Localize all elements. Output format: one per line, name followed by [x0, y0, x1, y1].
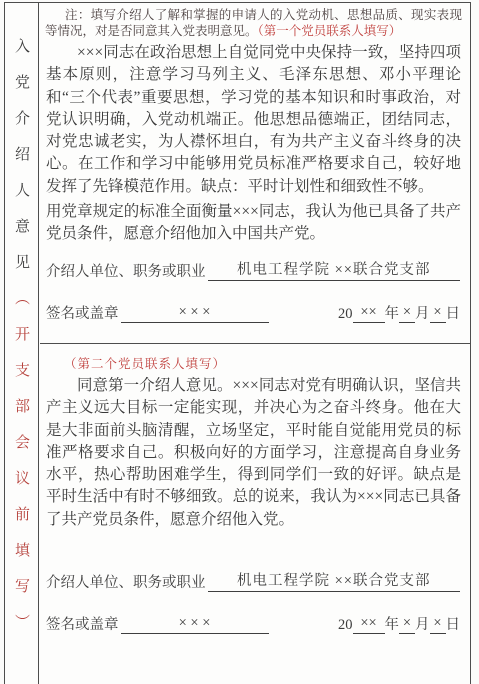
- date-month-field: ×: [399, 615, 415, 634]
- row-header-cell: 入党介绍人意见（开支部会议前填写）: [4, 2, 39, 684]
- date-month-field: ×: [399, 304, 415, 323]
- section2-fill-hint: （第二个党员联系人填写）: [64, 354, 470, 372]
- section-divider: [40, 343, 470, 344]
- date-year-label: 年: [385, 613, 400, 634]
- row-header-fill-hint: （开支部会议前填写）: [13, 290, 29, 650]
- opinion-paragraph-2: 用党章规定的标准全面衡量×××同志，我认为他已具备了共产党员条件，愿意介绍他加入…: [40, 201, 470, 246]
- date-prefix: 20: [338, 617, 353, 634]
- unit-label: 介绍人单位、职务或职业: [46, 571, 206, 592]
- row-header-text: 入党介绍人意见（开支部会议前填写）: [4, 38, 38, 684]
- opinion-paragraph-1: ×××同志在政治思想上自觉同党中央保持一致，坚持四项基本原则，注意学习马列主义、…: [40, 42, 470, 198]
- date-field: 20 ×× 年 × 月 × 日: [338, 613, 460, 634]
- date-year-label: 年: [385, 302, 400, 323]
- date-year-field: ××: [353, 615, 385, 634]
- introducer-unit-line: 介绍人单位、职务或职业 机电工程学院 ××联合党支部: [40, 569, 470, 592]
- date-day-label: 日: [446, 613, 461, 634]
- signature-value-field: × × ×: [121, 304, 269, 323]
- date-day-field: ×: [430, 615, 446, 634]
- date-month-label: 月: [415, 302, 430, 323]
- note-text: 注：填写介绍人了解和掌握的申请人的入党动机、思想品质、现实表现等情况，对是否同意…: [40, 2, 470, 39]
- date-prefix: 20: [338, 306, 353, 323]
- signature-line: 签名或盖章 × × × 20 ×× 年 × 月 × 日: [40, 302, 470, 323]
- signature-label: 签名或盖章: [46, 613, 119, 634]
- opinion-paragraph: 同意第一介绍人意见。×××同志对党有明确认识，坚信共产主义远大目标一定能实现，并…: [40, 375, 470, 531]
- note-fill-hint: （第一个党员联系人填写）: [258, 24, 402, 38]
- date-day-field: ×: [430, 304, 446, 323]
- date-month-label: 月: [415, 613, 430, 634]
- signature-label: 签名或盖章: [46, 302, 119, 323]
- signature-line: 签名或盖章 × × × 20 ×× 年 × 月 × 日: [40, 613, 470, 634]
- unit-label: 介绍人单位、职务或职业: [46, 260, 206, 281]
- unit-value-field: 机电工程学院 ××联合党支部: [208, 258, 461, 281]
- signature-value-field: × × ×: [121, 615, 269, 634]
- introducer-unit-line: 介绍人单位、职务或职业 机电工程学院 ××联合党支部: [40, 258, 470, 281]
- date-year-field: ××: [353, 304, 385, 323]
- form-main-cell: 注：填写介绍人了解和掌握的申请人的入党动机、思想品质、现实表现等情况，对是否同意…: [40, 2, 470, 684]
- row-header-title: 入党介绍人意见: [13, 38, 29, 290]
- second-introducer-section: （第二个党员联系人填写） 同意第一介绍人意见。×××同志对党有明确认识，坚信共产…: [40, 345, 470, 684]
- date-day-label: 日: [446, 302, 461, 323]
- first-introducer-section: 注：填写介绍人了解和掌握的申请人的入党动机、思想品质、现实表现等情况，对是否同意…: [40, 2, 470, 343]
- date-field: 20 ×× 年 × 月 × 日: [338, 302, 460, 323]
- unit-value-field: 机电工程学院 ××联合党支部: [208, 569, 461, 592]
